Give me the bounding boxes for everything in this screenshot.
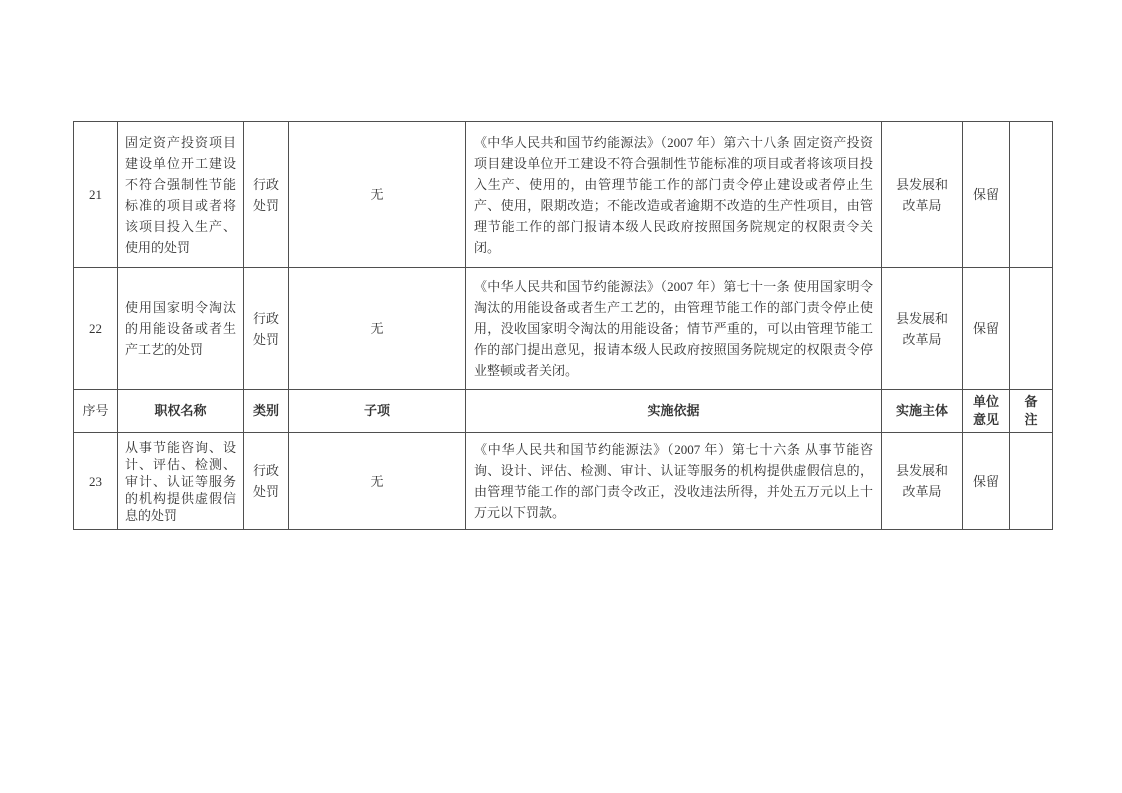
cell-subitem: 无 <box>289 433 466 530</box>
cell-legal-basis: 《中华人民共和国节约能源法》（2007 年）第六十八条 固定资产投资项目建设单位… <box>466 122 882 268</box>
cell-remark <box>1010 433 1053 530</box>
cell-category: 行政处罚 <box>244 268 289 390</box>
implementer-text: 县发展和改革局 <box>893 174 952 216</box>
cell-authority-name: 固定资产投资项目建设单位开工建设不符合强制性节能标准的项目或者将该项目投入生产、… <box>118 122 244 268</box>
document-page: 21 固定资产投资项目建设单位开工建设不符合强制性节能标准的项目或者将该项目投入… <box>0 0 1122 793</box>
category-text: 行政处罚 <box>251 308 281 350</box>
cell-authority-name: 从事节能咨询、设计、评估、检测、审计、认证等服务的机构提供虚假信息的处罚 <box>118 433 244 530</box>
table-row-21: 21 固定资产投资项目建设单位开工建设不符合强制性节能标准的项目或者将该项目投入… <box>74 122 1053 268</box>
cell-implementer: 县发展和改革局 <box>882 122 963 268</box>
header-category: 类别 <box>244 390 289 433</box>
cell-remark <box>1010 122 1053 268</box>
header-seq: 序号 <box>74 390 118 433</box>
cell-seq: 21 <box>74 122 118 268</box>
cell-opinion: 保留 <box>963 433 1010 530</box>
cell-seq: 23 <box>74 433 118 530</box>
cell-opinion: 保留 <box>963 122 1010 268</box>
header-subitem: 子项 <box>289 390 466 433</box>
cell-seq: 22 <box>74 268 118 390</box>
header-remark: 备注 <box>1010 390 1053 433</box>
cell-opinion: 保留 <box>963 268 1010 390</box>
cell-category: 行政处罚 <box>244 122 289 268</box>
cell-legal-basis: 《中华人民共和国节约能源法》（2007 年）第七十一条 使用国家明令淘汰的用能设… <box>466 268 882 390</box>
header-opinion: 单位意见 <box>963 390 1010 433</box>
header-opinion-text: 单位意见 <box>971 393 1001 429</box>
cell-remark <box>1010 268 1053 390</box>
table-row-23: 23 从事节能咨询、设计、评估、检测、审计、认证等服务的机构提供虚假信息的处罚 … <box>74 433 1053 530</box>
cell-authority-name: 使用国家明令淘汰的用能设备或者生产工艺的处罚 <box>118 268 244 390</box>
cell-subitem: 无 <box>289 122 466 268</box>
category-text: 行政处罚 <box>251 460 281 502</box>
table-row-22: 22 使用国家明令淘汰的用能设备或者生产工艺的处罚 行政处罚 无 《中华人民共和… <box>74 268 1053 390</box>
cell-implementer: 县发展和改革局 <box>882 433 963 530</box>
table-header-row: 序号 职权名称 类别 子项 实施依据 实施主体 单位意见 备注 <box>74 390 1053 433</box>
category-text: 行政处罚 <box>251 174 281 216</box>
header-name: 职权名称 <box>118 390 244 433</box>
cell-implementer: 县发展和改革局 <box>882 268 963 390</box>
header-remark-text: 备注 <box>1024 393 1039 429</box>
header-implementer: 实施主体 <box>882 390 963 433</box>
cell-subitem: 无 <box>289 268 466 390</box>
cell-category: 行政处罚 <box>244 433 289 530</box>
header-basis: 实施依据 <box>466 390 882 433</box>
cell-legal-basis: 《中华人民共和国节约能源法》（2007 年）第七十六条 从事节能咨询、设计、评估… <box>466 433 882 530</box>
implementer-text: 县发展和改革局 <box>893 308 952 350</box>
authority-list-table: 21 固定资产投资项目建设单位开工建设不符合强制性节能标准的项目或者将该项目投入… <box>73 121 1053 530</box>
implementer-text: 县发展和改革局 <box>893 460 952 502</box>
